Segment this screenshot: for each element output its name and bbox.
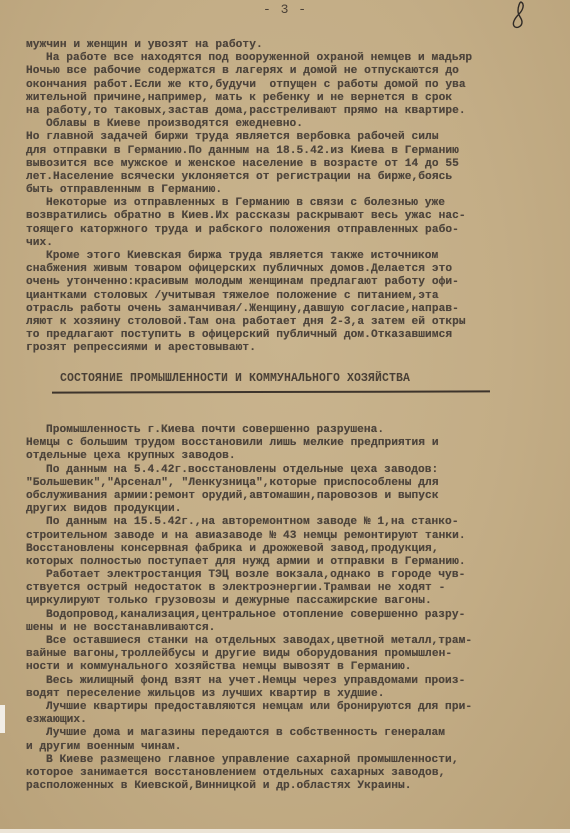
text-line: обслуживания армии:ремонт орудий,автомаш…: [26, 490, 556, 503]
text-line: Облавы в Киеве производятся ежедневно.: [26, 118, 556, 131]
text-line: шены и не восстанавливаются.: [26, 622, 556, 635]
text-line: ляют к хозяину столовой.Там она работает…: [26, 316, 556, 329]
section-industry-text: Промышленность г.Киева почти совершенно …: [26, 424, 556, 793]
document-page: - 3 - мужчин и женщин и увозят на работу…: [0, 0, 570, 829]
text-line: и другим военным чинам.: [26, 741, 556, 754]
text-line: езжающих.: [26, 714, 556, 727]
text-line: ности и коммунального хозяйства немцы вы…: [26, 661, 556, 674]
text-line: снабжения живым товаром офицерских публи…: [26, 263, 556, 276]
text-line: Все оставшиеся станки на отдельных завод…: [26, 635, 556, 648]
text-line: чих.: [26, 237, 556, 250]
heading-underline: [52, 390, 490, 393]
text-line: Кроме этого Киевская биржа труда являетс…: [26, 250, 556, 263]
section-labor-exchange-text: мужчин и женщин и увозят на работу.На ра…: [26, 39, 556, 356]
text-line: лет.Население всячески уклоняется от рег…: [26, 171, 556, 184]
text-line: окончания работ.Если же кто,будучи отпущ…: [26, 79, 556, 92]
text-line: На работе все находятся под вооруженной …: [26, 52, 556, 65]
text-line: для отправки в Германию.По данным на 18.…: [26, 145, 556, 158]
text-line: отдельные цеха крупных заводов.: [26, 450, 556, 463]
handwritten-folio-number: [507, 0, 531, 30]
text-line: По данным на 5.4.42г.восстановлены отдел…: [26, 464, 556, 477]
text-line: ствуется острый недостаток в электроэнер…: [26, 582, 556, 595]
text-line: быть отправленным в Германию.: [26, 184, 556, 197]
text-line: Весь жилищный фонд взят на учет.Немцы че…: [26, 675, 556, 688]
text-line: вывозится все мужское и женское населени…: [26, 158, 556, 171]
text-line: Лучшие дома и магазины передаются в собс…: [26, 727, 556, 740]
text-line: возвратились обратно в Киев.Их рассказы …: [26, 210, 556, 223]
text-line: других видов продукции.: [26, 503, 556, 516]
text-line: водят переселение жильцов из лучших квар…: [26, 688, 556, 701]
text-line: очень утонченно:красивым молодым женщина…: [26, 276, 556, 289]
text-line: расположенных в Киевской,Винницкой и др.…: [26, 780, 556, 793]
text-line: Восстановлены консервная фабрика и дрожж…: [26, 543, 556, 556]
handwritten-eight-icon: [507, 0, 531, 30]
text-line: на работу,то таковых,застав дома,расстре…: [26, 105, 556, 118]
text-line: которых полностью поступает для нужд арм…: [26, 556, 556, 569]
text-line: строительном заводе и на авиазаводе № 43…: [26, 530, 556, 543]
text-line: грозят репрессиями и арестовывают.: [26, 342, 556, 355]
text-line: По данным на 15.5.42г.,на авторемонтном …: [26, 516, 556, 529]
text-line: Немцы с большим трудом восстановили лишь…: [26, 437, 556, 450]
text-line: Некоторые из отправленных в Германию в с…: [26, 197, 556, 210]
text-line: Промышленность г.Киева почти совершенно …: [26, 424, 556, 437]
text-line: которое занимается восстановлением отдел…: [26, 767, 556, 780]
text-line: циркулируют только грузовозы и дежурные …: [26, 595, 556, 608]
text-line: отрасль работы очень заманчивая/.Женщину…: [26, 303, 556, 316]
text-line: тоящего каторжного труда и рабского поло…: [26, 224, 556, 237]
text-line: Работает электростанция ТЭЦ возле вокзал…: [26, 569, 556, 582]
text-line: Водопровод,канализация,центральное отопл…: [26, 609, 556, 622]
text-line: мужчин и женщин и увозят на работу.: [26, 39, 556, 52]
text-line: Лучшие квартиры предоставляются немцам и…: [26, 701, 556, 714]
text-line: вайные вагоны,троллейбусы и другие виды …: [26, 648, 556, 661]
text-line: В Киеве размещено главное управление сах…: [26, 754, 556, 767]
text-line: Но главной задачей биржи труда является …: [26, 131, 556, 144]
text-line: Ночью все рабочие содержатся в лагерях и…: [26, 65, 556, 78]
text-line: циантками столовых /учитывая тяжелое пол…: [26, 290, 556, 303]
text-line: жительной причине,например, мать к ребен…: [26, 92, 556, 105]
text-line: то предлагают поступить в офицерский пуб…: [26, 329, 556, 342]
section-heading: СОСТОЯНИЕ ПРОМЫШЛЕННОСТИ И КОММУНАЛЬНОГО…: [60, 372, 410, 385]
text-line: "Большевик","Арсенал", "Ленкузница",кото…: [26, 477, 556, 490]
binding-tab: [0, 705, 5, 733]
page-number: - 3 -: [0, 2, 570, 17]
